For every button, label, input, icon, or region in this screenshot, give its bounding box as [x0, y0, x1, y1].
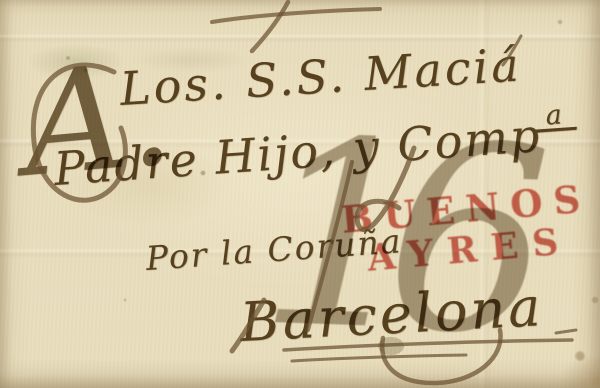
barcelona-prefix-flourish — [232, 300, 264, 351]
cross-mark-horizontal — [212, 9, 380, 22]
ornate-initial-loop — [33, 65, 125, 200]
ink-flourishes — [0, 0, 600, 388]
letter-cover-photo: BUENOS AYRES A. Los. S.S. Maciá Padre Hi… — [0, 0, 600, 388]
rate-mark-extra-stroke — [308, 162, 352, 330]
barcelona-underline-1 — [284, 340, 572, 350]
barcelona-trailing-dash — [556, 330, 576, 333]
cross-mark-diagonal — [252, 2, 288, 51]
macia-accent-stroke — [503, 36, 521, 65]
y-descender-flourish — [357, 148, 414, 230]
ink-blot — [378, 337, 404, 355]
barcelona-underline-2 — [292, 355, 466, 361]
